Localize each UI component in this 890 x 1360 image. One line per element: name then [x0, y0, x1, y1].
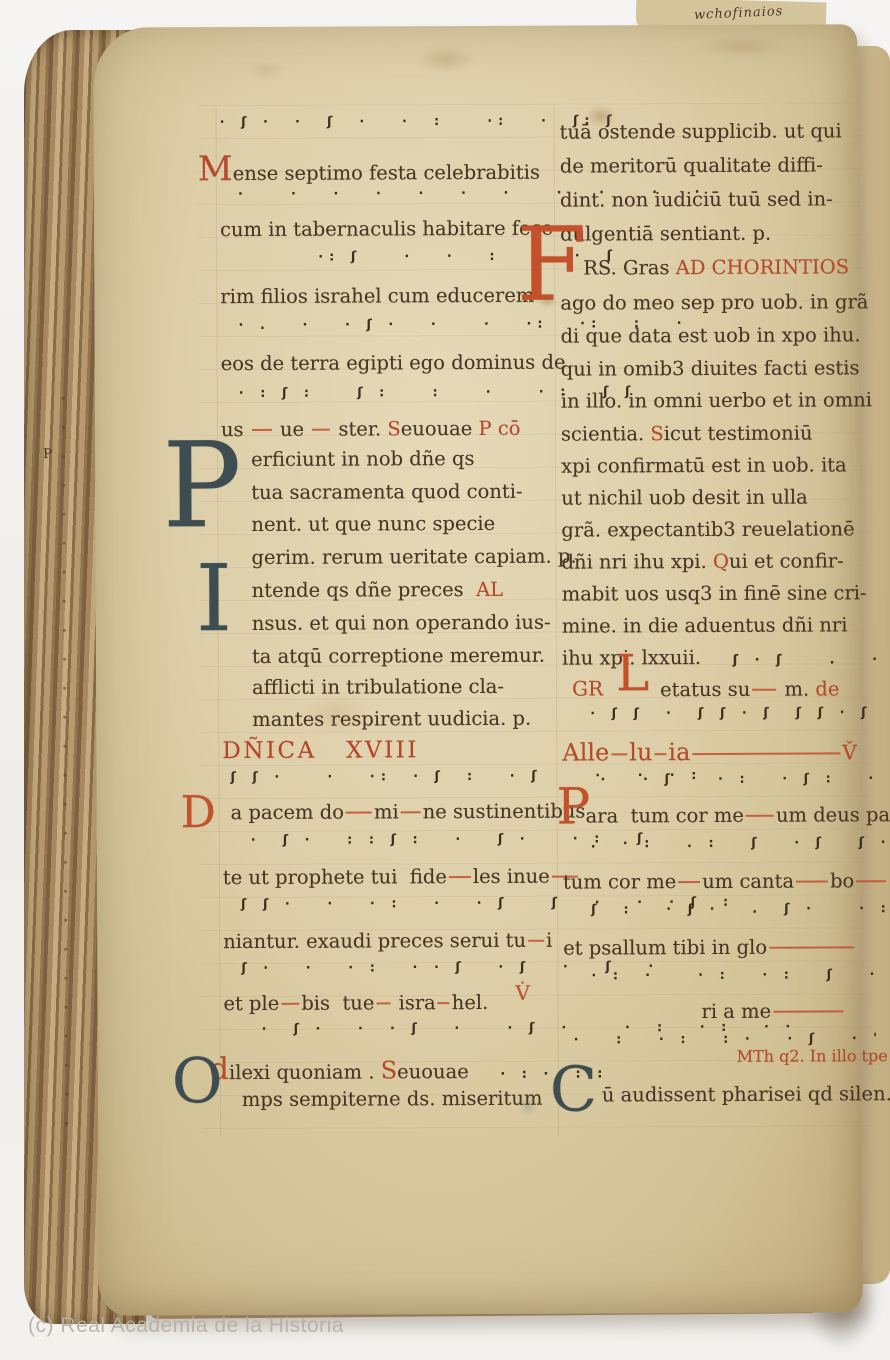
left-column-text-line: et plebis tue israhel. [223, 992, 488, 1015]
text-segment: isra [392, 991, 435, 1014]
right-column-text-line: et psallum tibi in glo [563, 936, 856, 959]
rubric-text: S [387, 417, 400, 440]
right-column-text-line: mabit uos usq3 in finē sine cri- [562, 582, 867, 605]
right-column-neume-line: . · : . : ʃ · ʃ ʃ · · ʃ · [591, 836, 890, 852]
right-column-neume-line: · · ʃ · : · ʃ : · [600, 772, 879, 788]
melisma-extender-line [856, 880, 886, 883]
text-segment: ster. [332, 417, 387, 440]
pricking-hole [64, 890, 67, 893]
melisma-extender-line [376, 1002, 390, 1005]
neume-cluster: · : · · : · : ʃ · : ʃ · [591, 967, 890, 984]
rubric-text: AD CHORINTIOS [676, 255, 849, 279]
text-segment: ago do meo sep pro uob. in grã [560, 290, 868, 314]
right-column-text-line: etatus su m. de [660, 678, 839, 700]
pricking-hole [62, 455, 65, 458]
initial-o-omnipotens: O [172, 1057, 223, 1106]
left-column-text-line: us ue ster. Seuouae P cō [221, 418, 521, 441]
text-segment: bo [830, 869, 854, 892]
melisma-extender-line [438, 1002, 450, 1005]
pricking-hole [65, 1122, 68, 1125]
text-segment: um deus para [776, 803, 890, 827]
text-segment: ui et confir- [729, 549, 844, 573]
left-column-text-line: dilexi quoniam . Seuouae · : · : : [210, 1051, 609, 1086]
text-segment: et ple [223, 992, 279, 1015]
gradual-label: GR [572, 676, 603, 700]
text-segment: nsus. et qui non operando ius- [252, 611, 551, 635]
text-segment: ntende qs dñe preces [252, 578, 477, 602]
melisma-extender-line [252, 428, 272, 431]
pricking-hole [63, 745, 66, 748]
manuscript-scan: · ʃ · · ʃ · · : ·: · ʃ: ʃMense septimo f… [0, 0, 890, 1360]
pricking-hole [64, 919, 67, 922]
text-segment: mps sempiterne ds. miseritum [242, 1087, 543, 1111]
melisma-extender-line [678, 881, 700, 884]
text-segment: xpi confirmatū est in uob. ita [561, 453, 847, 477]
initial-i-intende: I [196, 563, 233, 635]
right-column-text-line: RS. Gras AD CHORINTIOS [583, 256, 849, 279]
right-column-neume-line: · ʃ ʃ · ʃ ʃ · ʃ ʃ ʃ · ʃ · ʃ ʃ [590, 706, 890, 722]
pricking-hole [63, 716, 66, 719]
pricking-hole [62, 426, 65, 429]
pricking-hole [64, 832, 67, 835]
rubric-text: S [381, 1056, 398, 1084]
text-segment: qui in omib3 diuites facti estis [561, 356, 860, 380]
melisma-extender-line [773, 1010, 843, 1013]
initial-l-letatus: L [616, 654, 649, 693]
pricking-hole [62, 542, 65, 545]
text-segment: m. [778, 678, 815, 701]
pricking-hole [64, 1006, 67, 1009]
right-column-text-line: grã. expectantib3 reuelationē [561, 518, 854, 541]
gospel-rubric: MTh q2. In illo tpe [737, 1046, 888, 1066]
rubric-text: S [650, 422, 663, 445]
right-column-text-line: qui in omib3 diuites facti estis [561, 357, 860, 380]
text-segment: dulgentiā sentiant. p. [560, 222, 771, 246]
right-column-text-line: ut nichil uob desit in ulla [561, 487, 808, 510]
text-segment: mine. in die aduentus dñi nri [562, 613, 848, 637]
right-column-text-line: ri a me [701, 1000, 845, 1022]
initial-p-paratum: P [557, 788, 591, 827]
left-column-text-line: erficiunt in nob dñe qs [251, 448, 475, 470]
left-column-text-line: ntende qs dñe preces AL [252, 579, 504, 602]
rubric-text: de [815, 677, 839, 700]
pricking-hole [64, 861, 67, 864]
text-segment: ri a me [701, 1000, 771, 1023]
rubric-text: Q [713, 550, 729, 573]
rubric-text: V̌ [842, 740, 857, 764]
right-column-text-line: MTh q2. In illo tpe [737, 1044, 888, 1066]
right-column-text-line: AlleluiaV̌ [562, 738, 857, 766]
neume-cluster: ʃ : · ʃ · . ʃ · · : · : · : · ' [591, 900, 890, 917]
melisma-extender-line [654, 753, 666, 756]
pricking-hole [63, 658, 66, 661]
rubric-text: ia [668, 738, 690, 766]
brown-stain [247, 61, 285, 79]
right-column-text-line: ago do meo sep pro uob. in grã [560, 291, 868, 314]
text-segment: i [546, 929, 552, 952]
text-segment: di que data est uob in xpo ihu. [560, 323, 860, 347]
text-segment: scientia. [561, 422, 650, 445]
text-segment: ū audissent pharisei qd silen. [602, 1082, 890, 1106]
text-segment: eos de terra egipti ego dominus de [221, 351, 566, 376]
melisma-extender-line [281, 1002, 299, 1005]
left-column-text-line: Mense septimo festa celebrabitis [198, 150, 540, 189]
pricking-hole [62, 397, 65, 400]
pricking-hole [64, 948, 67, 951]
pricking-hole [65, 1035, 68, 1038]
pricking-hole [63, 774, 66, 777]
text-segment: de meritorū qualitate diffi- [560, 153, 823, 177]
melisma-extender-line [528, 939, 544, 942]
copyright-watermark: (c) Real Academia de la Historia [28, 1314, 344, 1338]
left-column-text-line: gerim. rerum ueritate capiam. p. [251, 546, 576, 569]
pricking-hole [65, 1093, 68, 1096]
rubric-text: lu [629, 738, 652, 766]
left-column-text-line: niantur. exaudi preces serui tui [223, 930, 552, 953]
text-segment: mabit uos usq3 in finē sine cri- [562, 581, 867, 605]
neume-cluster: · · ʃ · : · ʃ : · [600, 771, 879, 787]
text-segment: hel. [452, 991, 489, 1014]
text-segment: mi [374, 800, 399, 823]
initial-f-fratres: F [516, 226, 587, 306]
right-column-text-line: scientia. Sicut testimoniū [561, 423, 813, 446]
melisma-extender-line [752, 688, 776, 691]
right-column-text-line: in illo. in omni uerbo et in omni [561, 389, 872, 412]
right-column-text-line: de meritorū qualitate diffi- [560, 154, 823, 177]
pricking-hole [63, 629, 66, 632]
right-column-text-line: mine. in die aduentus dñi nri [562, 614, 848, 637]
text-segment: tum cor me [563, 870, 676, 893]
left-column-text-line: eos de terra egipti ego dominus de [221, 352, 566, 375]
text-segment: te ut prophete tui fide [223, 865, 447, 889]
right-column-text-line: di que data est uob in xpo ihu. [560, 324, 860, 347]
text-segment: dñi nri ihu xpi. [561, 550, 713, 574]
text-segment: rim filios israhel cum educerem [220, 284, 534, 308]
initial-m-mense: M [198, 149, 233, 189]
right-column-text-line: ihu xpi. lxxuii. ʃ · ʃ . · ʃ · ʃ [562, 646, 890, 669]
left-column-text-line: mantes respirent uudicia. p. [252, 708, 531, 731]
text-segment: a pacem do [231, 801, 344, 824]
text-segment: cum in tabernaculis habitare fece- [220, 217, 560, 241]
text-segment: um canta [702, 870, 794, 893]
text-segment: tuā ostende supplicib. ut qui [560, 119, 842, 143]
neume-cluster: · ʃ ʃ · ʃ ʃ · ʃ ʃ ʃ · ʃ · ʃ ʃ [590, 705, 890, 722]
melisma-extender-line [746, 814, 774, 817]
text-segment: ense septimo festa celebrabitis [233, 161, 540, 185]
text-segment: icut testimoniū [664, 422, 813, 446]
right-column-text-line: ara tum cor meum deus para [586, 804, 890, 827]
rubric-text: AL [476, 578, 503, 601]
melisma-extender-line [796, 880, 828, 883]
initial-c-cumaudissent: C [550, 1065, 598, 1114]
right-column-text-line: ū audissent pharisei qd silen. [602, 1083, 890, 1106]
right-column-text-line: dulgentiā sentiant. p. [560, 223, 771, 245]
text-segment: in illo. in omni uerbo et in omni [561, 388, 872, 412]
right-column-text-line: tum cor meum cantabo [563, 870, 888, 893]
text-segment: ta atqū correptione meremur. [252, 644, 545, 668]
melisma-extender-line [449, 876, 471, 879]
brown-stain [697, 37, 787, 57]
manuscript-page: · ʃ · · ʃ · · : ·: · ʃ: ʃMense septimo f… [93, 24, 863, 1315]
text-segment: les inue [473, 865, 550, 888]
right-column-text-line: dint. non iudiciū tuū sed in- [560, 188, 833, 211]
left-column-text-line: afflicti in tribulatione cla- [252, 676, 504, 699]
pricking-hole [63, 600, 66, 603]
neume-cluster: · ʃ · · ʃ · · : ·: · ʃ: ʃ [220, 113, 618, 130]
initial-p-perficiunt: P [162, 439, 242, 531]
pricking-hole [64, 977, 67, 980]
left-column-text-line: te ut prophete tui fideles inue [223, 866, 580, 889]
rubric-text: P cō [478, 417, 520, 440]
text-segment: etatus su [660, 678, 750, 701]
left-column-text-line: cum in tabernaculis habitare fece- [220, 218, 560, 241]
text-segment: euouae [397, 1060, 469, 1083]
melisma-extender-line [401, 811, 421, 814]
melisma-extender-line [692, 752, 840, 755]
text-segment: tua sacramenta quod conti- [251, 480, 522, 504]
left-column-text-line: rim filios israhel cum educerem [220, 285, 534, 308]
text-segment: bis tue [301, 991, 374, 1014]
text-segment: mantes respirent uudicia. p. [252, 707, 531, 731]
text-segment: erficiunt in nob dñe qs [251, 447, 475, 471]
text-segment: ue [274, 418, 311, 441]
text-segment: gerim. rerum ueritate capiam. p. [251, 545, 576, 569]
left-column-text-line: mps sempiterne ds. miseritum [242, 1088, 543, 1111]
melisma-extender-line [611, 753, 627, 756]
left-column-text-line: a pacem domine sustinentibus [231, 801, 586, 824]
pricking-hole [63, 687, 66, 690]
melisma-extender-line [312, 428, 330, 431]
right-column-text-line: dñi nri ihu xpi. Qui et confir- [561, 550, 843, 573]
right-column-text-line: tuā ostende supplicib. ut qui [560, 120, 842, 143]
text-segment: ilexi quoniam . [229, 1060, 381, 1084]
text-segment: et psallum tibi in glo [563, 936, 767, 960]
rubric-text: Alle [562, 738, 609, 766]
pricking-hole [63, 571, 66, 574]
right-column-neume-line: ʃ : · ʃ · . ʃ · · : · : · : · ' [591, 901, 890, 917]
left-column-neume-line: · ʃ · · ʃ · · : ·: · ʃ: ʃ [220, 114, 618, 130]
right-column-text-line: GR [572, 677, 603, 700]
neume-cluster: . · : . : ʃ · ʃ ʃ · · ʃ · [591, 835, 890, 852]
left-column-text-line: nent. ut que nunc specie [251, 513, 495, 536]
left-column-text-line: DÑICA XVIII [222, 738, 419, 764]
text-segment: dint. non iudiciū tuū sed in- [560, 187, 833, 211]
pricking-hole [62, 484, 65, 487]
pricking-hole [64, 803, 67, 806]
right-column-neume-line: · : · · : · : ʃ · : ʃ · [591, 968, 890, 984]
text-segment: ara tum cor me [586, 804, 744, 828]
right-column-text-line: xpi confirmatū est in uob. ita [561, 454, 847, 477]
left-column-text-line: ta atqū correptione meremur. [252, 645, 545, 668]
left-column-text-line: nsus. et qui non operando ius- [252, 612, 551, 635]
text-segment: nent. ut que nunc specie [251, 512, 495, 536]
initial-d-dapacem: D [181, 796, 216, 830]
text-segment: niantur. exaudi preces serui tu [223, 929, 526, 953]
margin-mark-p: P [43, 450, 52, 460]
text-segment: euouae [401, 417, 479, 440]
pricking-hole [65, 1064, 68, 1067]
text-segment: ut nichil uob desit in ulla [561, 486, 808, 510]
text-segment: afflicti in tribulatione cla- [252, 675, 504, 699]
left-column-text-line: tua sacramenta quod conti- [251, 481, 522, 504]
rubric-text: DÑICA XVIII [222, 737, 419, 764]
neume-cluster: ʃ · ʃ . · ʃ · ʃ [701, 652, 890, 668]
text-segment: grã. expectantib3 reuelationē [561, 517, 854, 541]
melisma-extender-line [769, 946, 854, 949]
melisma-extender-line [346, 811, 372, 814]
pricking-hole [62, 513, 65, 516]
brown-stain [415, 46, 477, 72]
versicle-mark: V̇ [515, 986, 530, 1002]
text-segment: RS. Gras [583, 256, 676, 279]
